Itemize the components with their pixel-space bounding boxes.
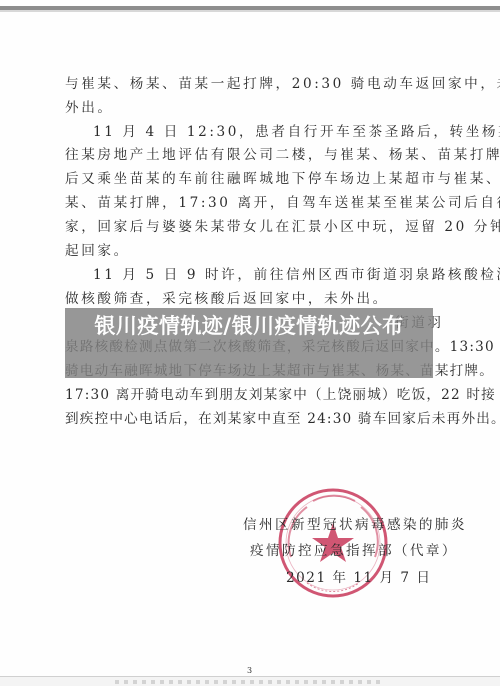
text-line: 家，回家后与婆婆朱某带女儿在汇景小区中玩，逗留 20 分钟一 xyxy=(65,218,437,236)
overlay-title: 银川疫情轨迹/银川疫情轨迹公布 xyxy=(65,308,433,341)
text-line: 到疾控中心电话后，在刘某家中直至 24:30 骑车回家后未再外出。 xyxy=(65,410,437,428)
signature-org-line1: 信州区新型冠状病毒感染的肺炎 xyxy=(243,513,467,533)
text-line: 11 月 4 日 12:30，患者自行开车至茶圣路后，转坐杨某车前 xyxy=(93,123,437,141)
text-line: 11 月 5 日 9 时许，前往信州区西市街道羽泉路核酸检测点 xyxy=(93,266,437,284)
signature-date: 2021 年 11 月 7 日 xyxy=(286,566,431,586)
text-line: 某、苗某打牌，17:30 离开，自驾车送崔某至崔某公司后自行回 xyxy=(65,194,437,212)
next-page-cutoff-text xyxy=(115,680,385,684)
page-number: 3 xyxy=(247,666,252,675)
text-line: 做核酸筛查，采完核酸后返回家中，未外出。 xyxy=(65,290,437,308)
text-line: 起回家。 xyxy=(65,242,437,260)
text-line: 外出。 xyxy=(65,99,437,117)
text-line: 往某房地产土地评估有限公司二楼，与崔某、杨某、苗某打牌。 xyxy=(65,146,437,164)
text-line: 后又乘坐苗某的车前往融晖城地下停车场边上某超市与崔某、杨 xyxy=(65,170,437,188)
text-line: 17:30 离开骑电动车到朋友刘某家中（上饶丽城）吃饭，22 时接 xyxy=(65,386,437,404)
text-line: 与崔某、杨某、苗某一起打牌，20:30 骑电动车返回家中，未再 xyxy=(65,75,437,93)
signature-org-line2: 疫情防控应急指挥部（代章） xyxy=(250,539,458,559)
